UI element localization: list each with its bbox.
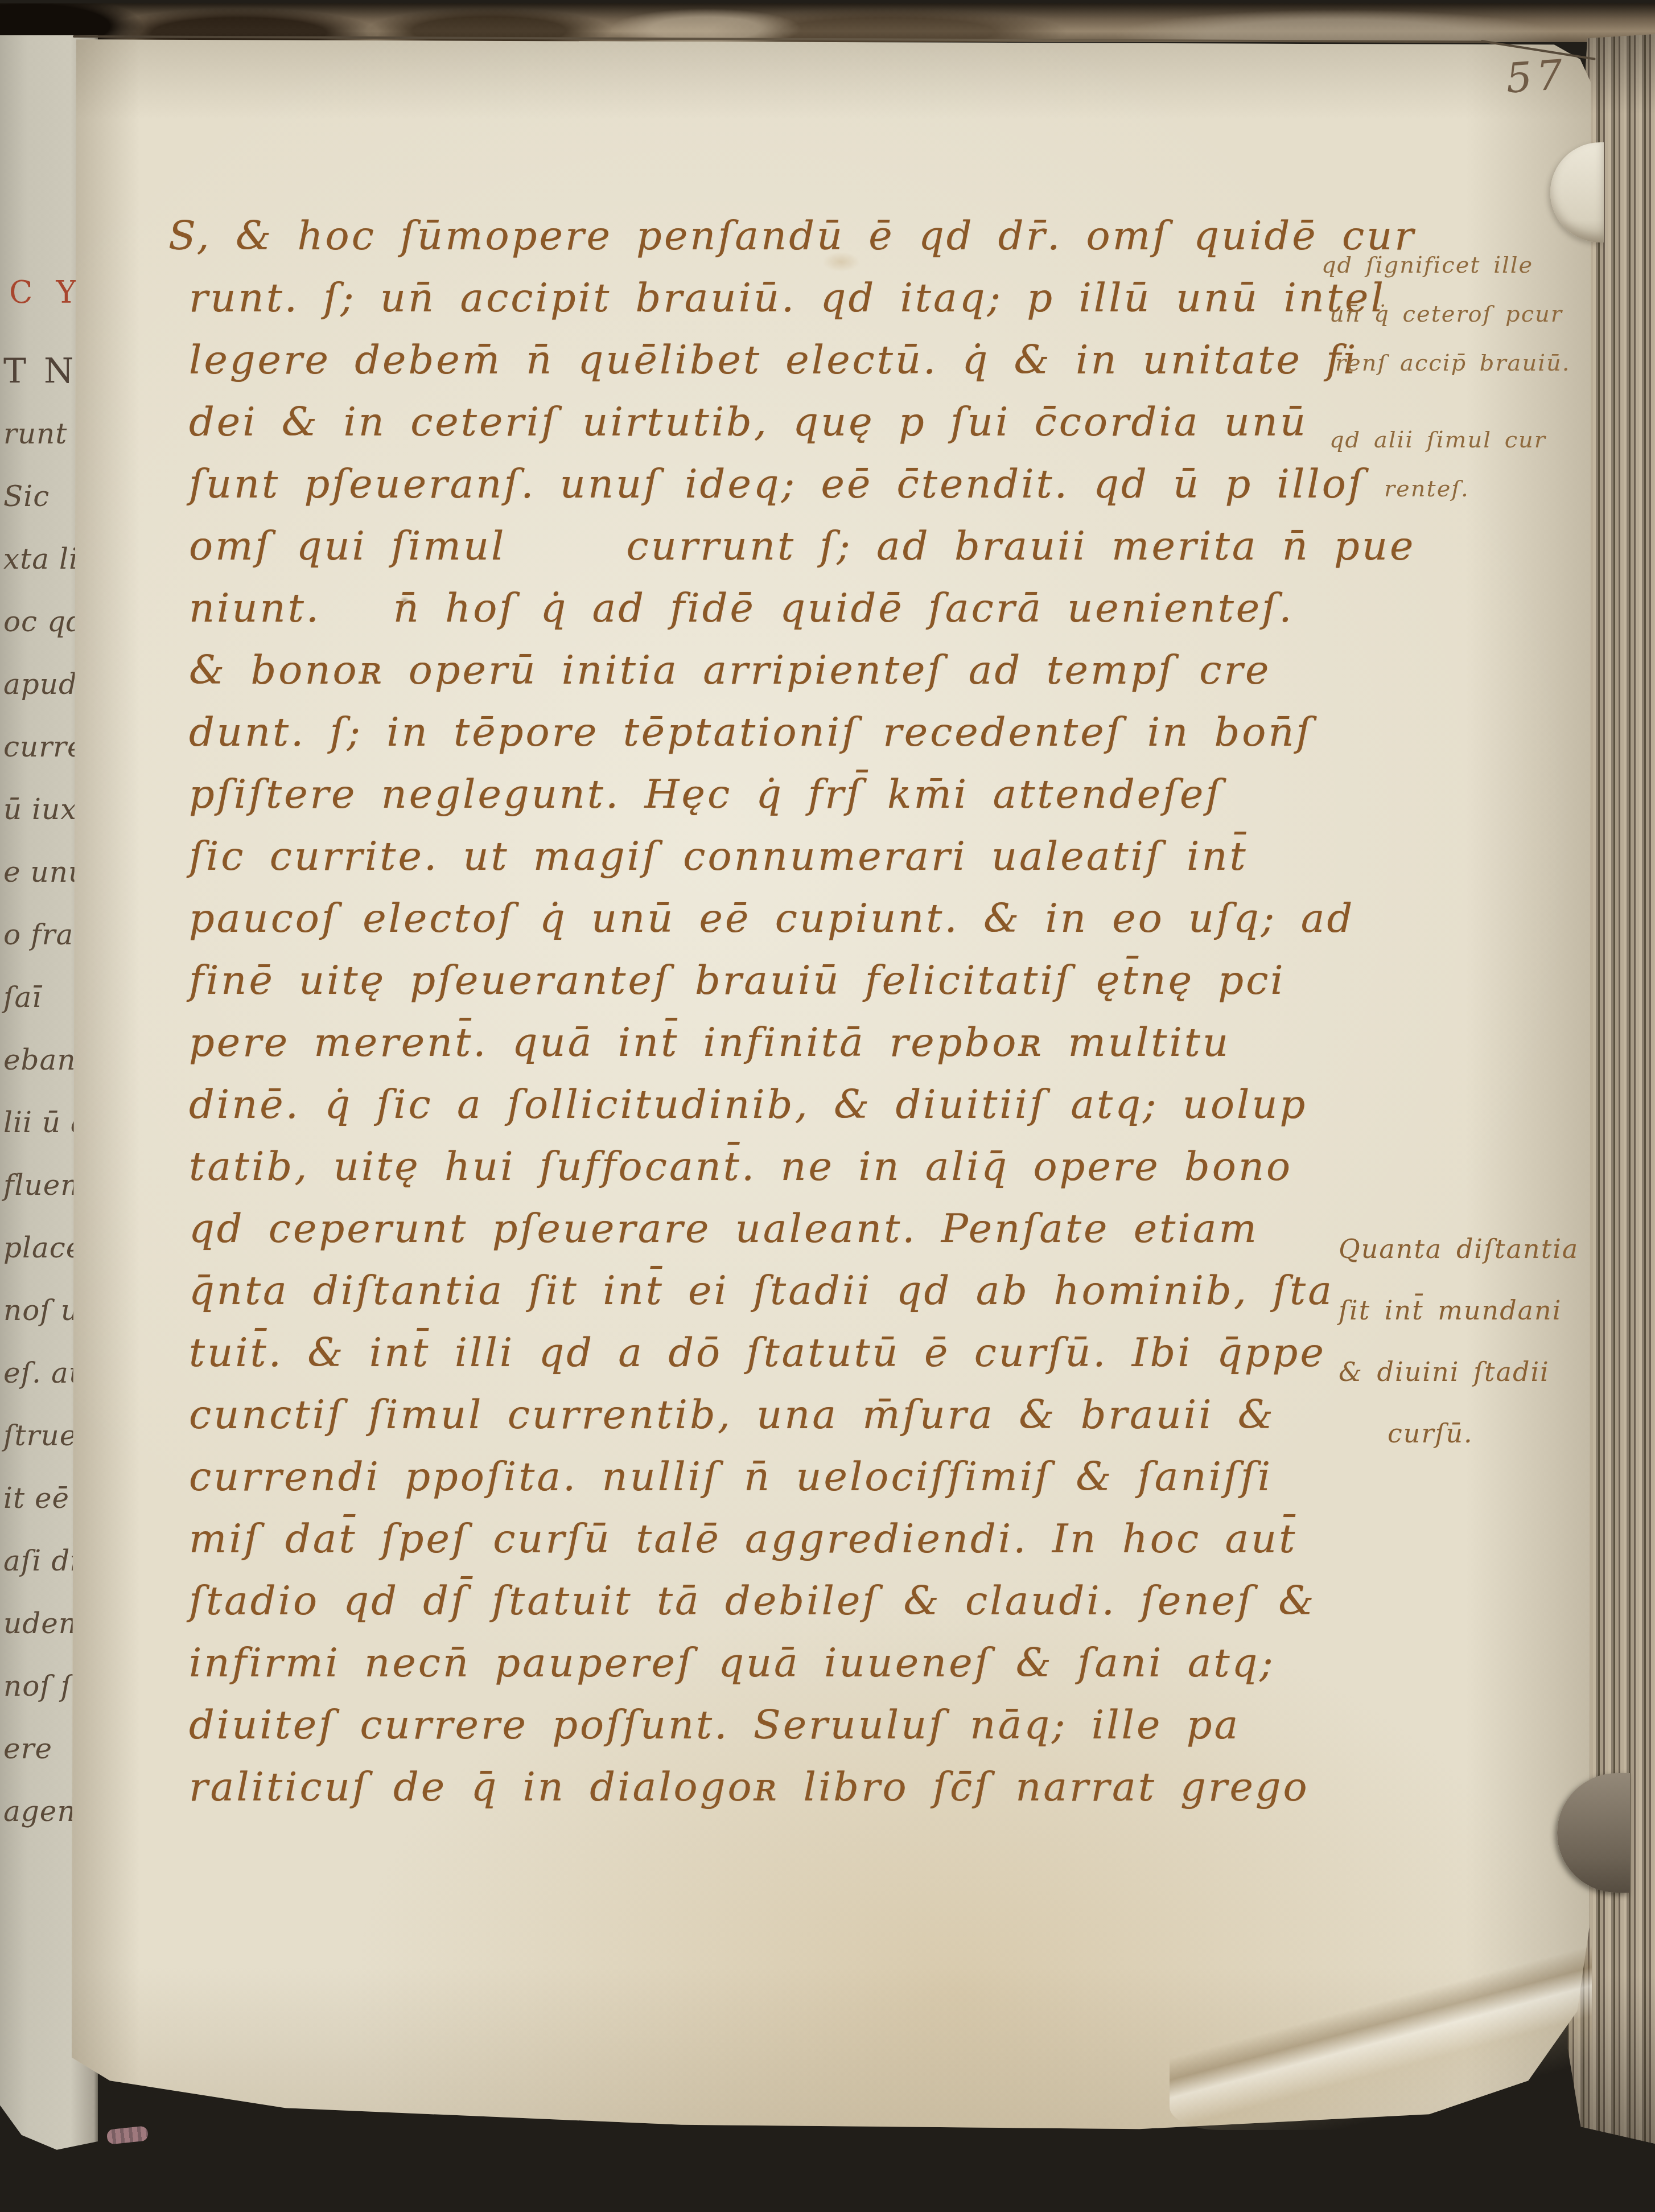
margin-note-line: renſ accip̄ brauiū. bbox=[1321, 339, 1570, 388]
endband-speck bbox=[106, 2125, 149, 2144]
margin-note-line: un̄ q̇ ceteroſ pcur bbox=[1321, 290, 1570, 339]
text-line: paucoſ electoſ q̇ unū eē cupiunt. & in e… bbox=[168, 887, 1341, 949]
text-line: dinē. q̇ ſic a ſollicitudinib, & diuitii… bbox=[168, 1074, 1341, 1136]
text-line: omſ qui ſimul currunt ſ; ad brauii merit… bbox=[168, 515, 1341, 577]
text-line: ſtadio qd dſ̄ ſtatuit tā debileſ & claud… bbox=[168, 1570, 1341, 1632]
text-line: niunt. n̄ hoſ q̇ ad fidē quidē ſacrā uen… bbox=[168, 577, 1341, 639]
margin-note-line: & diuini ſtadii bbox=[1339, 1341, 1579, 1403]
text-line: infirmi necn̄ paupereſ quā iuueneſ & ſan… bbox=[168, 1632, 1341, 1694]
folio-number: 57 bbox=[1504, 50, 1568, 102]
margin-note-line: curſū. bbox=[1339, 1403, 1579, 1464]
margin-note-line: ſit int̄ mundani bbox=[1339, 1280, 1579, 1341]
margin-note-3: Quanta diſtantia ſit int̄ mundani & diui… bbox=[1339, 1218, 1579, 1464]
margin-note-line: qd ſignificet ille bbox=[1321, 241, 1570, 290]
text-line: cunctiſ ſimul currentib, una m̄ſura & br… bbox=[168, 1384, 1341, 1446]
margin-note-2: qd alii ſimul cur renteſ. bbox=[1329, 416, 1546, 513]
text-line: runt. ſ; un̄ accipit brauiū. qd itaq; p … bbox=[168, 267, 1341, 329]
text-line: miſ dat̄ ſpeſ curſū talē aggrediendi. In… bbox=[168, 1508, 1341, 1570]
text-line: pſiſtere neglegunt. Hęc q̇ frſ̄ km̄i att… bbox=[168, 763, 1341, 825]
text-line: currendi ppoſita. nulliſ n̄ uelociſſimiſ… bbox=[168, 1446, 1341, 1508]
text-line: diuiteſ currere poſſunt. Seruuluſ nāq; i… bbox=[168, 1694, 1341, 1756]
text-line: tuit̄. & int̄ illi qd a dō ſtatutū ē cur… bbox=[168, 1322, 1341, 1384]
margin-note-line: renteſ. bbox=[1329, 464, 1546, 513]
text-line: S, & hoc ſūmopere penſandū ē qd dr̄. omſ… bbox=[168, 205, 1341, 267]
manuscript-photo: C YR T NOS runt Sic xta li oc qd apud cu… bbox=[0, 0, 1655, 2212]
main-text-block: S, & hoc ſūmopere penſandū ē qd dr̄. omſ… bbox=[168, 205, 1341, 1818]
margin-note-line: Quanta diſtantia bbox=[1339, 1218, 1579, 1280]
text-line: finē uitę pſeueranteſ brauiū felicitatiſ… bbox=[168, 949, 1341, 1012]
text-line: legere debem̄ n̄ quēlibet electū. q̇ & i… bbox=[168, 329, 1341, 391]
text-line: dei & in ceteriſ uirtutib, quę p ſui c̄c… bbox=[168, 391, 1341, 453]
text-line: q̄nta diſtantia ſit int̄ ei ſtadii qd ab… bbox=[168, 1260, 1341, 1322]
text-line: qd ceperunt pſeuerare ualeant. Penſate e… bbox=[168, 1198, 1341, 1260]
margin-note-line: qd alii ſimul cur bbox=[1329, 416, 1546, 464]
text-line: ſunt pſeueranſ. unuſ ideq; eē c̄tendit. … bbox=[168, 453, 1341, 515]
text-line: & bonoʀ operū initia arripienteſ ad temp… bbox=[168, 639, 1341, 701]
margin-note-1: qd ſignificet ille un̄ q̇ ceteroſ pcur r… bbox=[1321, 241, 1570, 388]
text-line: dunt. ſ; in tēpore tēptationiſ recedente… bbox=[168, 701, 1341, 763]
text-line: ſic currite. ut magiſ connumerari ualeat… bbox=[168, 825, 1341, 887]
text-line: raliticuſ de q̄ in dialogoʀ libro ſc̄ſ n… bbox=[168, 1756, 1341, 1818]
text-line: tatib, uitę hui ſuffocant̄. ne in aliq̄ … bbox=[168, 1136, 1341, 1198]
text-line: pere merent̄. quā int̄ infinitā repboʀ m… bbox=[168, 1012, 1341, 1074]
